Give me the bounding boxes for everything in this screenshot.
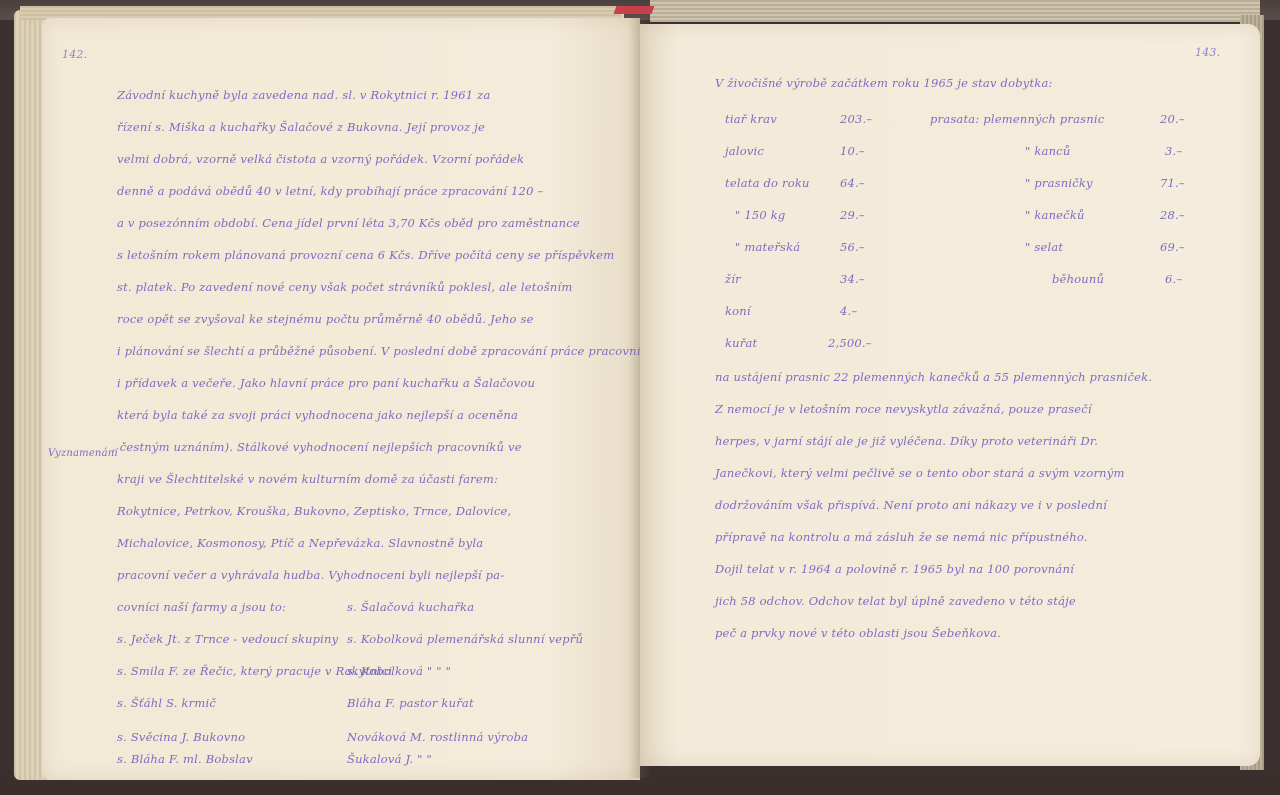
livestock-value: 34.– bbox=[840, 272, 865, 286]
text-line: Janečkovi, který velmi pečlivě se o tent… bbox=[715, 466, 1125, 480]
text-line: přípravě na kontrolu a má zásluh že se n… bbox=[715, 530, 1088, 544]
text-line: s letošním rokem plánovaná provozní cena… bbox=[117, 248, 614, 262]
page-number: 142. bbox=[62, 48, 87, 61]
right-page-block-top bbox=[650, 0, 1260, 22]
text-line: kraji ve Šlechtitelské v novém kulturním… bbox=[117, 472, 498, 486]
livestock-label: " 150 kg bbox=[735, 208, 785, 222]
text-line: řízení s. Miška a kuchařky Šalačové z Bu… bbox=[117, 120, 485, 134]
text-line: velmi dobrá, vzorně velká čistota a vzor… bbox=[117, 152, 524, 166]
livestock-label: " selat bbox=[1025, 240, 1063, 254]
honoree: s. Kobolková plemenářská slunní vepřů bbox=[347, 632, 583, 646]
honoree: Šukalová J. " " bbox=[347, 752, 432, 766]
text-line: Závodní kuchyně byla zavedena nad. sl. v… bbox=[117, 88, 490, 102]
livestock-value: 71.– bbox=[1160, 176, 1185, 190]
livestock-label: " prasničky bbox=[1025, 176, 1093, 190]
left-page: 142. Vyznamenání Závodní kuchyně byla za… bbox=[42, 18, 640, 780]
text-line: i plánování se šlechtí a průběžné působe… bbox=[117, 344, 641, 358]
livestock-value: 28.– bbox=[1160, 208, 1185, 222]
text-line: Z nemocí je v letošním roce nevyskytla z… bbox=[715, 402, 1092, 416]
honoree: s. Šťáhl S. krmič bbox=[117, 696, 216, 710]
text-line: , čestným uznáním). Stálkové vyhodnocení… bbox=[112, 440, 522, 454]
text-line: st. platek. Po zavedení nové ceny však p… bbox=[117, 280, 572, 294]
text-line: herpes, v jarní stájí ale je již vyléčen… bbox=[715, 434, 1098, 448]
page-number: 143. bbox=[1195, 46, 1220, 59]
livestock-value: 56.– bbox=[840, 240, 865, 254]
livestock-label: " kanečků bbox=[1025, 208, 1085, 222]
text-line: denně a podává obědů 40 v letní, kdy pro… bbox=[117, 184, 543, 198]
livestock-label: běhounů bbox=[1052, 272, 1104, 286]
livestock-value: 64.– bbox=[840, 176, 865, 190]
livestock-value: 69.– bbox=[1160, 240, 1185, 254]
text-line: na ustájení prasnic 22 plemenných kanečk… bbox=[715, 370, 1152, 384]
livestock-value: 2,500.– bbox=[828, 336, 872, 350]
livestock-label: tiař krav bbox=[725, 112, 777, 126]
livestock-label: jalovic bbox=[725, 144, 764, 158]
livestock-value: 29.– bbox=[840, 208, 865, 222]
honoree: s. Ječek Jt. z Trnce - vedoucí skupiny bbox=[117, 632, 338, 646]
honoree: s. Svěcina J. Bukovno bbox=[117, 730, 245, 744]
livestock-value: 203.– bbox=[840, 112, 872, 126]
livestock-label: telata do roku bbox=[725, 176, 810, 190]
text-line: Michalovice, Kosmonosy, Ptíč a Nepřevázk… bbox=[117, 536, 483, 550]
right-page: 143. V živočišné výrobě začátkem roku 19… bbox=[640, 24, 1260, 766]
livestock-value: 6.– bbox=[1165, 272, 1182, 286]
livestock-value: 20.– bbox=[1160, 112, 1185, 126]
text-line: i přídavek a večeře. Jako hlavní práce p… bbox=[117, 376, 535, 390]
text-line: která byla také za svoji práci vyhodnoce… bbox=[117, 408, 518, 422]
text-line: Dojil telat v r. 1964 a polovině r. 1965… bbox=[715, 562, 1074, 576]
text-line: covníci naší farmy a jsou to: bbox=[117, 600, 286, 614]
livestock-label: kuřat bbox=[725, 336, 757, 350]
livestock-label: žír bbox=[725, 272, 741, 286]
livestock-label: " kanců bbox=[1025, 144, 1070, 158]
honoree: s. Bláha F. ml. Bobslav bbox=[117, 752, 253, 766]
text-line: Rokytnice, Petrkov, Krouška, Bukovno, Ze… bbox=[117, 504, 511, 518]
honoree: Bláha F. pastor kuřat bbox=[347, 696, 474, 710]
margin-note: Vyznamenání bbox=[48, 448, 118, 459]
livestock-label: " mateřská bbox=[735, 240, 800, 254]
text-line: roce opět se zvyšoval ke stejnému počtu … bbox=[117, 312, 534, 326]
text-line: a v posezónním období. Cena jídel první … bbox=[117, 216, 580, 230]
honoree: Nováková M. rostlinná výroba bbox=[347, 730, 528, 744]
text-line: jich 58 odchov. Odchov telat byl úplně z… bbox=[715, 594, 1076, 608]
livestock-label: prasata: plemenných prasnic bbox=[930, 112, 1104, 126]
intro-line: V živočišné výrobě začátkem roku 1965 je… bbox=[715, 76, 1053, 90]
honoree: s. Šalačová kuchařka bbox=[347, 600, 474, 614]
bookmark-ribbon bbox=[614, 6, 655, 14]
text-line: peč a prvky nové v této oblasti jsou Šeb… bbox=[715, 626, 1001, 640]
text-line: pracovní večer a vyhrávala hudba. Vyhodn… bbox=[117, 568, 504, 582]
honoree: s. Kobolková " " " bbox=[347, 664, 451, 678]
livestock-value: 10.– bbox=[840, 144, 865, 158]
livestock-value: 3.– bbox=[1165, 144, 1182, 158]
text-line: dodržováním však přispívá. Není proto an… bbox=[715, 498, 1107, 512]
livestock-value: 4.– bbox=[840, 304, 857, 318]
livestock-label: koní bbox=[725, 304, 751, 318]
